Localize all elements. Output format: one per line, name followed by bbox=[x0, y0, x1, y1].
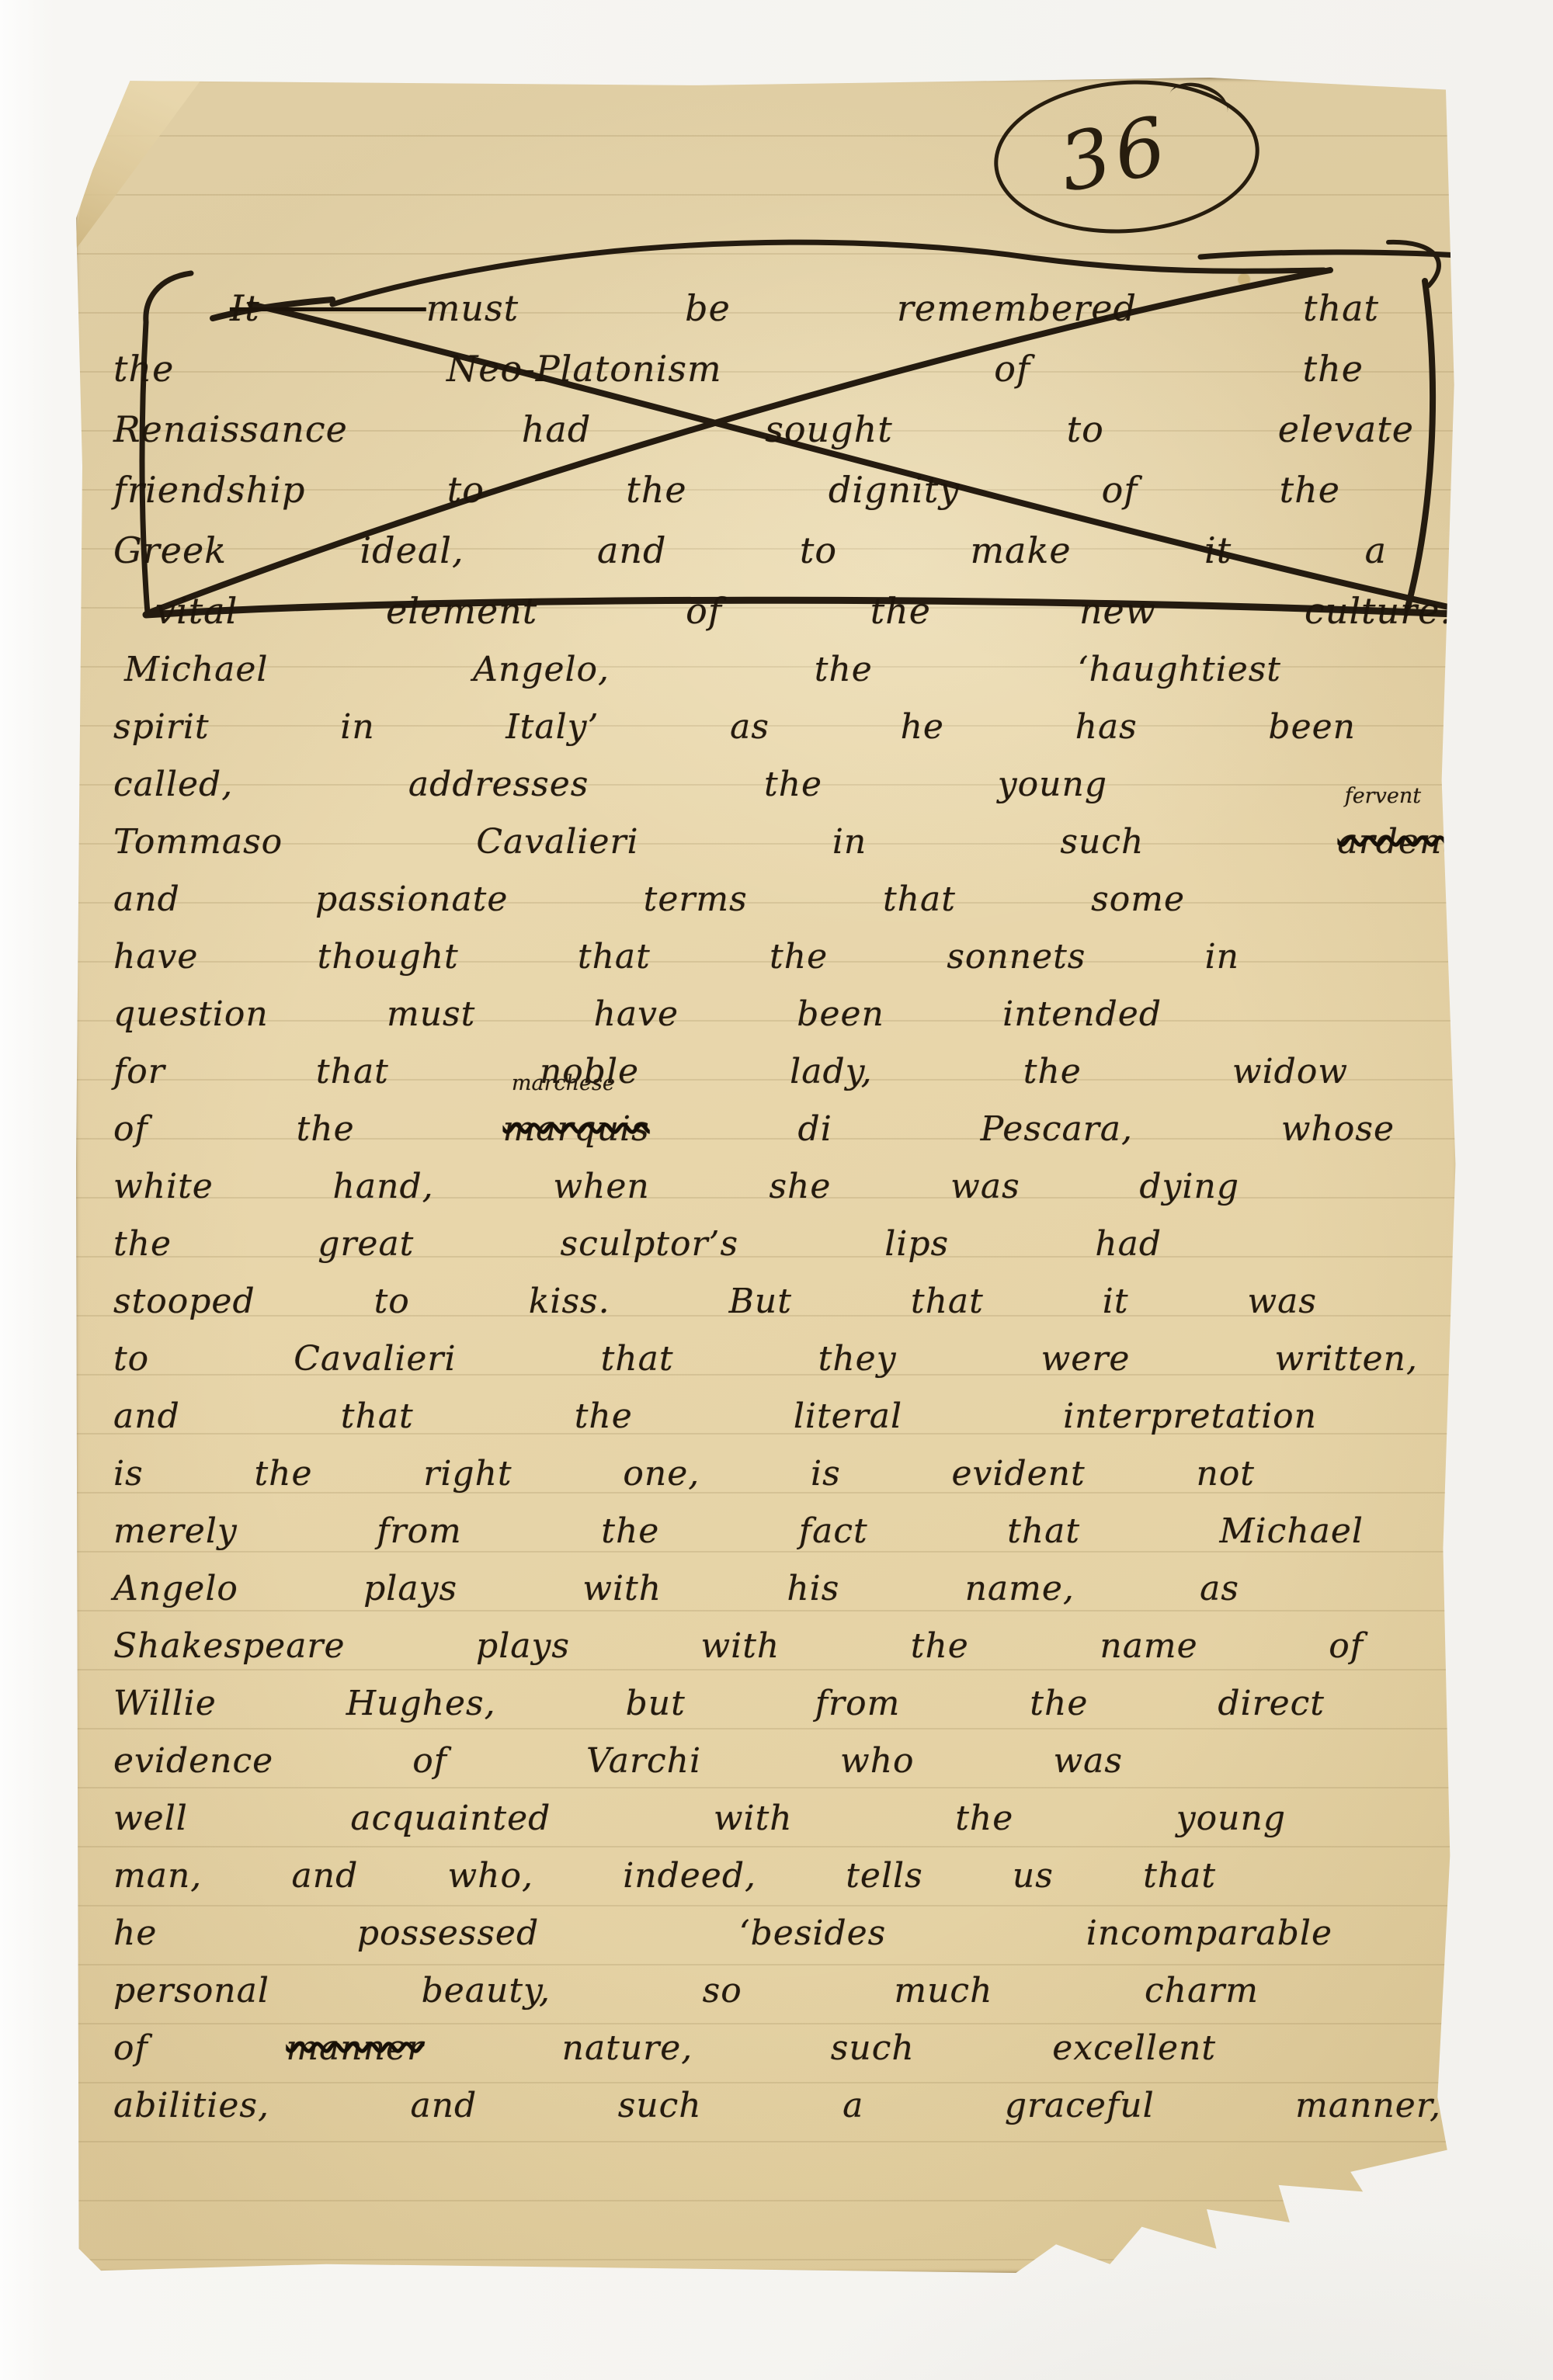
manuscript-page: 36 It must be remembered thatthe Neo-Pla… bbox=[76, 78, 1458, 2273]
folded-corner bbox=[73, 75, 205, 269]
manuscript-line: Willie Hughes, but from the direct bbox=[113, 1675, 1325, 1733]
manuscript-line: Tommaso Cavalieri in such ferventardent bbox=[113, 814, 1457, 871]
handwritten-text: Willie Hughes, but from the direct bbox=[113, 1684, 1325, 1723]
inserted-word: fervent bbox=[1345, 768, 1421, 825]
handwritten-text: nature, such excellent bbox=[424, 2028, 1216, 2068]
handwritten-text: di Pescara, whose bbox=[650, 1109, 1395, 1149]
handwritten-text: question must have been intended bbox=[113, 994, 1162, 1034]
manuscript-line: well acquainted with the young bbox=[113, 1790, 1286, 1847]
handwritten-text: Renaissance had sought to elevate bbox=[113, 408, 1414, 450]
handwritten-text: for that noble lady, the widow bbox=[113, 1052, 1348, 1091]
manuscript-line: friendship to the dignity of the bbox=[113, 460, 1340, 520]
manuscript-line: Michael Angelo, the ‘haughtiest bbox=[124, 641, 1281, 699]
handwritten-text: to Cavalieri that they were written, bbox=[113, 1339, 1418, 1379]
manuscript-line: merely from the fact that Michael bbox=[113, 1503, 1364, 1560]
manuscript-line: stooped to kiss. But that it was bbox=[113, 1273, 1317, 1331]
handwritten-text: well acquainted with the young bbox=[113, 1799, 1286, 1838]
struck-word: ardent bbox=[1338, 822, 1457, 862]
handwritten-text: abilities, and such a graceful manner, bbox=[113, 2086, 1441, 2125]
handwritten-text: must be remembered that bbox=[426, 287, 1379, 329]
manuscript-line: Renaissance had sought to elevate bbox=[113, 399, 1414, 460]
manuscript-line: Shakespeare plays with the name of bbox=[113, 1618, 1364, 1675]
manuscript-line: abilities, and such a graceful manner, bbox=[113, 2077, 1441, 2135]
manuscript-line: It must be remembered that bbox=[230, 278, 1379, 338]
manuscript-line: the great sculptor’s lips had bbox=[113, 1216, 1162, 1273]
manuscript-line: and passionate terms that some bbox=[113, 871, 1185, 928]
handwritten-text: personal beauty, so much charm bbox=[113, 1971, 1259, 2011]
deleted-paragraph: It must be remembered thatthe Neo-Platon… bbox=[113, 278, 1441, 641]
manuscript-line: to Cavalieri that they were written, bbox=[113, 1331, 1418, 1388]
manuscript-line: man, and who, indeed, tells us that bbox=[113, 1847, 1216, 1905]
manuscript-line: spirit in Italy’ as he has been bbox=[113, 699, 1356, 756]
handwritten-text: Shakespeare plays with the name of bbox=[113, 1626, 1364, 1666]
handwritten-text: is the right one, is evident not bbox=[113, 1454, 1255, 1494]
manuscript-line: Greek ideal, and to make it a bbox=[113, 520, 1387, 581]
handwritten-text: he possessed ‘besides incomparable bbox=[113, 1913, 1332, 1953]
handwritten-text: called, addresses the young bbox=[113, 765, 1107, 804]
handwritten-text: Angelo plays with his name, as bbox=[113, 1569, 1239, 1608]
struck-word: manner bbox=[286, 2028, 424, 2068]
manuscript-line: Angelo plays with his name, as bbox=[113, 1560, 1239, 1618]
handwritten-text: stooped to kiss. But that it was bbox=[113, 1282, 1317, 1321]
manuscript-line: of manner nature, such excellent bbox=[113, 2020, 1216, 2077]
handwritten-text: the great sculptor’s lips had bbox=[113, 1224, 1162, 1264]
handwritten-text: and passionate terms that some bbox=[113, 879, 1185, 919]
manuscript-line: evidence of Varchi who was bbox=[113, 1733, 1123, 1790]
inserted-word: marchese bbox=[512, 1055, 615, 1112]
manuscript-line: have thought that the sonnets in bbox=[113, 928, 1239, 986]
correction: ferventardent bbox=[1338, 814, 1457, 871]
handwritten-text: of bbox=[113, 2028, 286, 2068]
manuscript-body-text: Michael Angelo, the ‘haughtiestspirit in… bbox=[113, 641, 1464, 2135]
handwritten-text: Greek ideal, and to make it a bbox=[113, 529, 1387, 571]
handwritten-text: friendship to the dignity of the bbox=[113, 469, 1340, 511]
manuscript-line: vital element of the new culture. bbox=[155, 581, 1452, 641]
handwritten-text: have thought that the sonnets in bbox=[113, 937, 1239, 977]
handwritten-text: vital element of the new culture. bbox=[155, 590, 1452, 632]
page-number: 36 bbox=[1052, 99, 1178, 210]
struck-word: It bbox=[230, 287, 426, 329]
handwritten-text: of the bbox=[113, 1109, 503, 1149]
handwritten-text: white hand, when she was dying bbox=[113, 1167, 1239, 1206]
correction: marchesemarquis bbox=[503, 1101, 650, 1158]
manuscript-line: called, addresses the young bbox=[113, 756, 1107, 814]
handwritten-text: Michael Angelo, the ‘haughtiest bbox=[124, 650, 1281, 689]
struck-word: marquis bbox=[503, 1109, 650, 1149]
page-number-circle: 36 bbox=[989, 71, 1265, 241]
handwritten-text: merely from the fact that Michael bbox=[113, 1511, 1364, 1551]
manuscript-line: for that noble lady, the widow bbox=[113, 1043, 1348, 1101]
page-background: { "manuscript": { "page_number": "36", "… bbox=[0, 0, 1553, 2380]
handwritten-text: evidence of Varchi who was bbox=[113, 1741, 1123, 1781]
manuscript-line: the Neo-Platonism of the bbox=[113, 338, 1364, 399]
manuscript-line: white hand, when she was dying bbox=[113, 1158, 1239, 1216]
manuscript-line: question must have been intended bbox=[113, 986, 1162, 1043]
handwritten-text: spirit in Italy’ as he has been bbox=[113, 707, 1356, 747]
manuscript-line: he possessed ‘besides incomparable bbox=[113, 1905, 1332, 1962]
handwritten-text: man, and who, indeed, tells us that bbox=[113, 1856, 1216, 1896]
handwritten-text: Tommaso Cavalieri in such bbox=[113, 822, 1338, 862]
handwritten-text: the Neo-Platonism of the bbox=[113, 348, 1364, 390]
manuscript-line: of the marchesemarquis di Pescara, whose bbox=[113, 1101, 1395, 1158]
handwritten-text: and that the literal interpretation bbox=[113, 1396, 1317, 1436]
manuscript-line: is the right one, is evident not bbox=[113, 1445, 1255, 1503]
manuscript-line: personal beauty, so much charm bbox=[113, 1962, 1259, 2020]
manuscript-line: and that the literal interpretation bbox=[113, 1388, 1317, 1445]
